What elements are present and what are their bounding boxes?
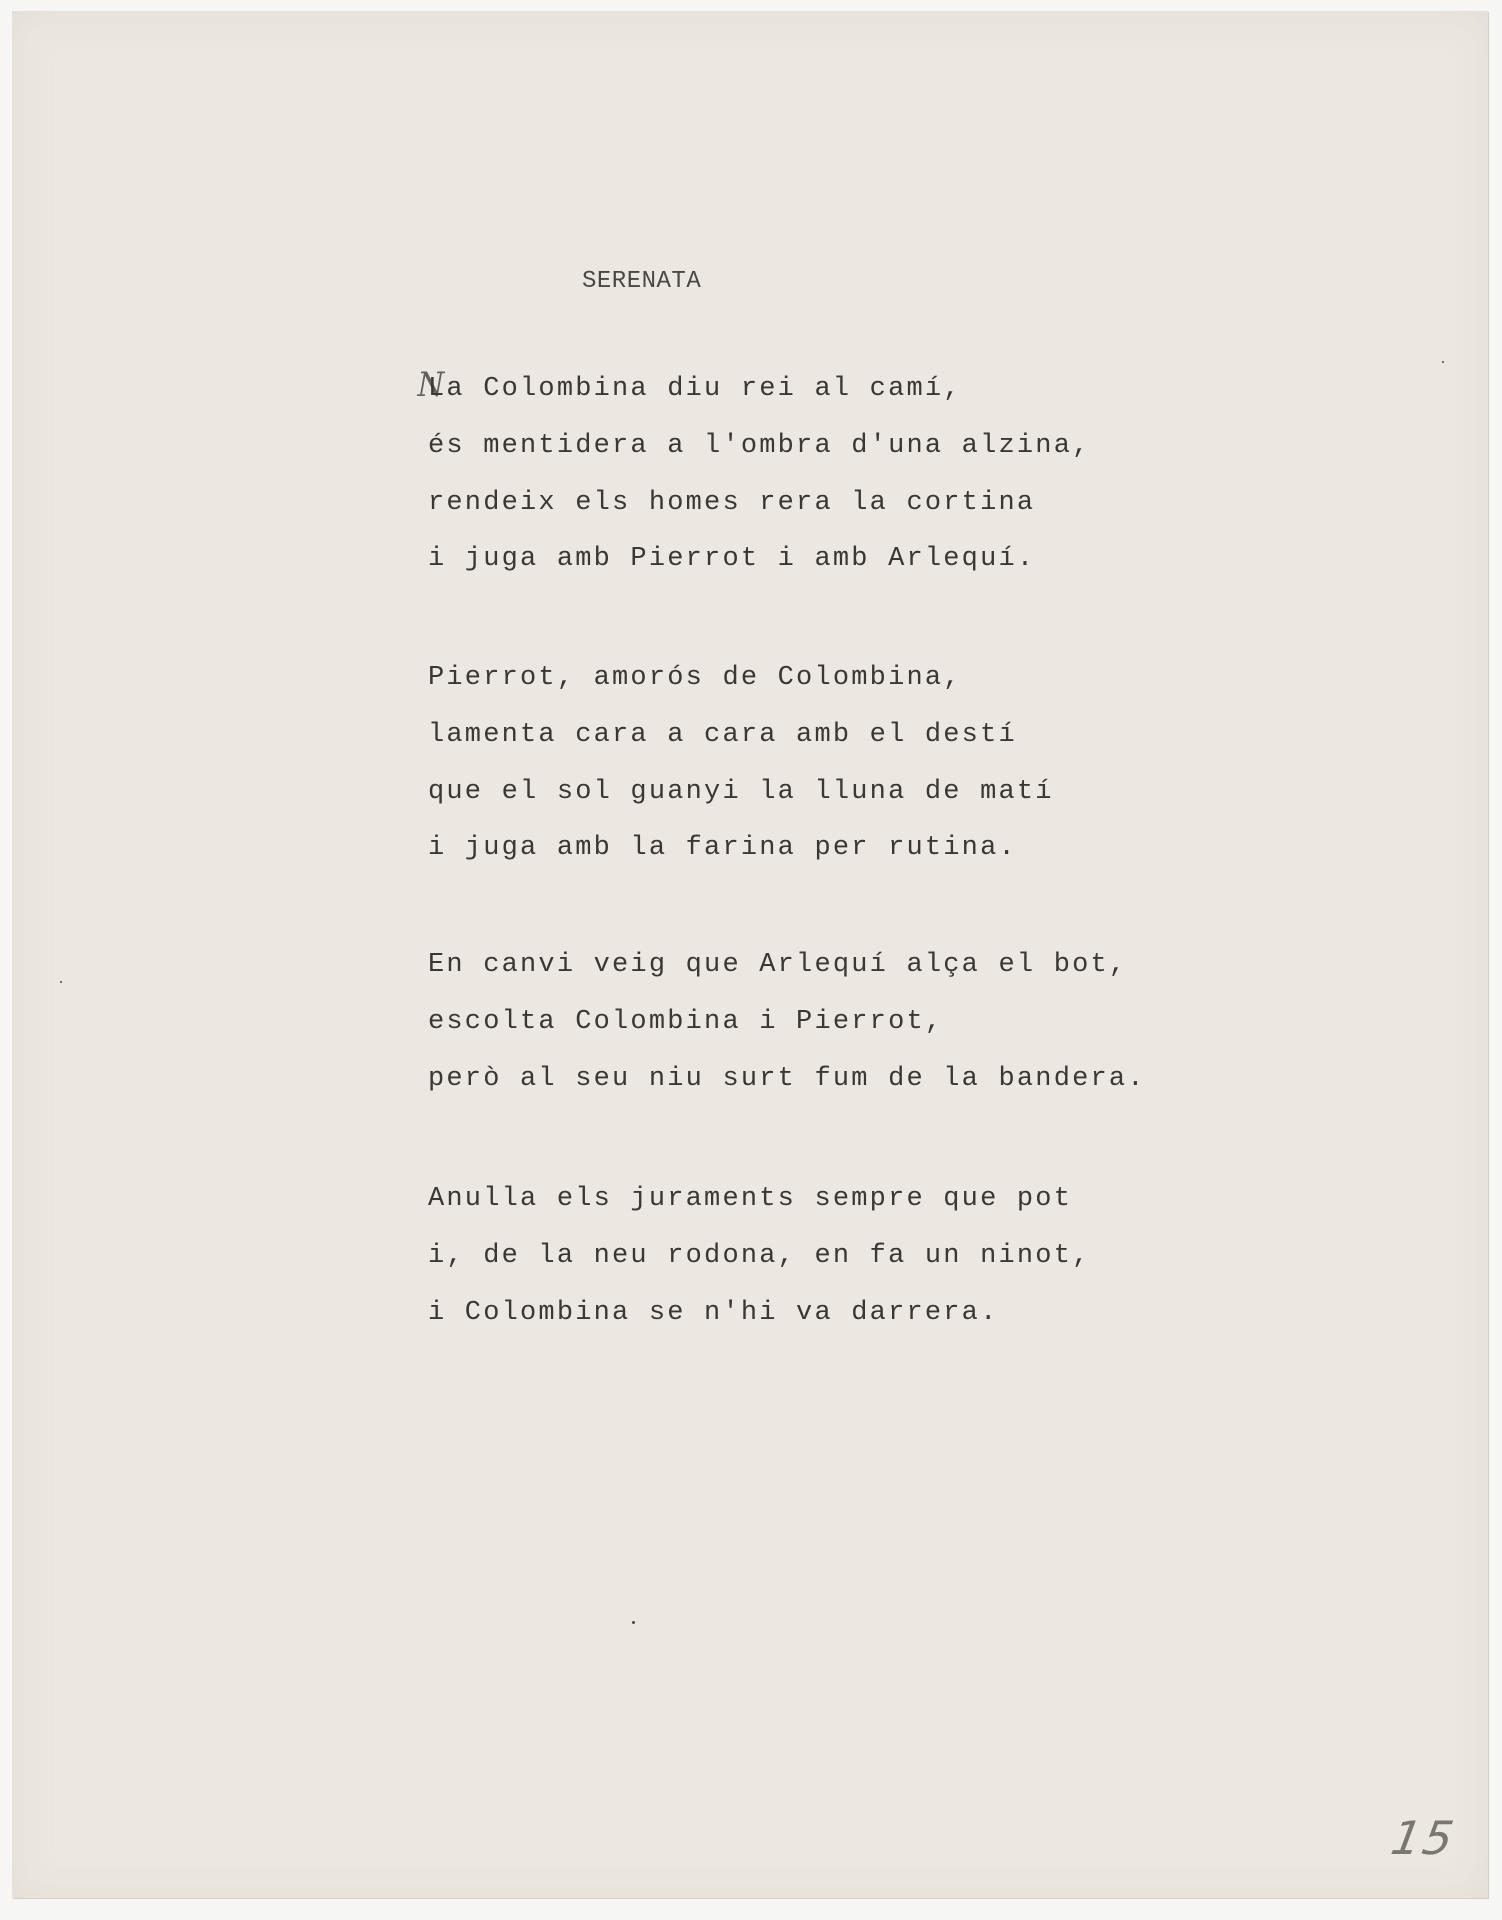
poem-title: SERENATA xyxy=(582,268,701,295)
paper-speck xyxy=(60,981,62,983)
poem-line: i, de la neu rodona, en fa un ninot, xyxy=(428,1236,1091,1276)
poem-line: Pierrot, amorós de Colombina, xyxy=(428,658,962,698)
poem-line: que el sol guanyi la lluna de matí xyxy=(428,772,1054,812)
poem-line: La Colombina diu rei al camí, xyxy=(428,369,962,409)
poem-line: lamenta cara a cara amb el destí xyxy=(428,715,1017,755)
poem-line: rendeix els homes rera la cortina xyxy=(428,483,1035,523)
poem-line: Anulla els juraments sempre que pot xyxy=(428,1179,1072,1219)
typewritten-page: SERENATA N La Colombina diu rei al camí,… xyxy=(12,11,1488,1898)
poem-line: i juga amb Pierrot i amb Arlequí. xyxy=(428,539,1035,579)
poem-line: és mentidera a l'ombra d'una alzina, xyxy=(428,426,1091,466)
poem-line: i juga amb la farina per rutina. xyxy=(428,828,1017,868)
handwritten-page-number: 15 xyxy=(1387,1811,1459,1865)
poem-line: però al seu niu surt fum de la bandera. xyxy=(428,1059,1146,1099)
paper-speck xyxy=(632,1621,635,1624)
poem-line: En canvi veig que Arlequí alça el bot, xyxy=(428,945,1127,985)
poem-line: i Colombina se n'hi va darrera. xyxy=(428,1293,998,1333)
poem-line: escolta Colombina i Pierrot, xyxy=(428,1002,943,1042)
paper-speck xyxy=(1442,361,1444,363)
